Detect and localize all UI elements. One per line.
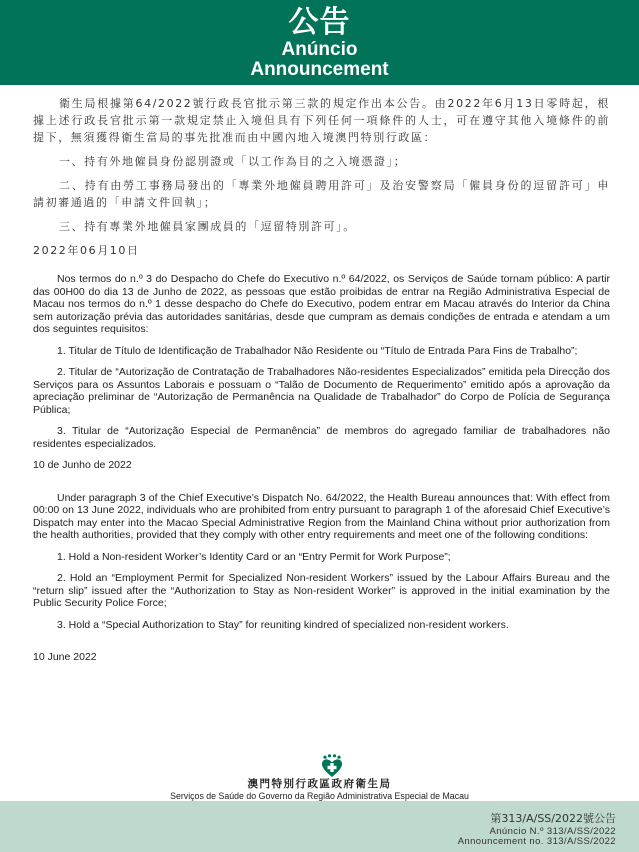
- portuguese-date: 10 de Junho de 2022: [33, 459, 610, 472]
- title-chinese: 公告: [0, 6, 639, 40]
- portuguese-item-2: 2. Titular de “Autorização de Contrataçã…: [33, 366, 610, 416]
- reference-number-chinese: 第313/A/SS/2022號公告: [490, 812, 616, 825]
- portuguese-item-3: 3. Titular de “Autorização Especial de P…: [33, 425, 610, 450]
- english-date: 10 June 2022: [33, 651, 610, 664]
- portuguese-intro: Nos termos do n.º 3 do Despacho do Chefe…: [33, 273, 610, 336]
- chinese-date: 2022年06月10日: [33, 242, 610, 259]
- chinese-item-2: 二、持有由勞工事務局發出的「專業外地僱員聘用許可」及治安警察局「僱員身份的逗留許…: [33, 177, 610, 211]
- english-item-3: 3. Hold a “Special Authorization to Stay…: [33, 619, 610, 632]
- title-english: Announcement: [0, 59, 639, 80]
- english-item-1: 1. Hold a Non-resident Worker’s Identity…: [33, 551, 610, 564]
- chinese-section: 衛生局根據第64/2022號行政長官批示第三款的規定作出本公告。由2022年6月…: [33, 95, 610, 259]
- chinese-item-1: 一、持有外地僱員身份認別證或「以工作為目的之入境憑證」；: [33, 153, 610, 170]
- english-item-2: 2. Hold an “Employment Permit for Specia…: [33, 572, 610, 610]
- chinese-item-3: 三、持有專業外地僱員家團成員的「逗留特別許可」。: [33, 218, 610, 235]
- organization-name-chinese: 澳門特別行政區政府衛生局: [0, 778, 639, 790]
- english-intro: Under paragraph 3 of the Chief Executive…: [33, 492, 610, 542]
- chinese-intro: 衛生局根據第64/2022號行政長官批示第三款的規定作出本公告。由2022年6月…: [33, 95, 610, 146]
- english-section: Under paragraph 3 of the Chief Executive…: [33, 492, 610, 664]
- announcement-header: 公告 Anúncio Announcement: [0, 0, 639, 85]
- announcement-footer: 第313/A/SS/2022號公告 Anúncio N.º 313/A/SS/2…: [0, 801, 639, 852]
- organization-name-portuguese: Serviços de Saúde do Governo da Região A…: [0, 791, 639, 801]
- title-portuguese: Anúncio: [0, 40, 639, 60]
- health-bureau-logo-icon: [320, 754, 344, 778]
- announcement-body: 衛生局根據第64/2022號行政長官批示第三款的規定作出本公告。由2022年6月…: [33, 95, 610, 664]
- portuguese-item-1: 1. Titular de Título de Identificação de…: [33, 345, 610, 358]
- portuguese-section: Nos termos do n.º 3 do Despacho do Chefe…: [33, 273, 610, 472]
- reference-number-english: Announcement no. 313/A/SS/2022: [458, 836, 616, 847]
